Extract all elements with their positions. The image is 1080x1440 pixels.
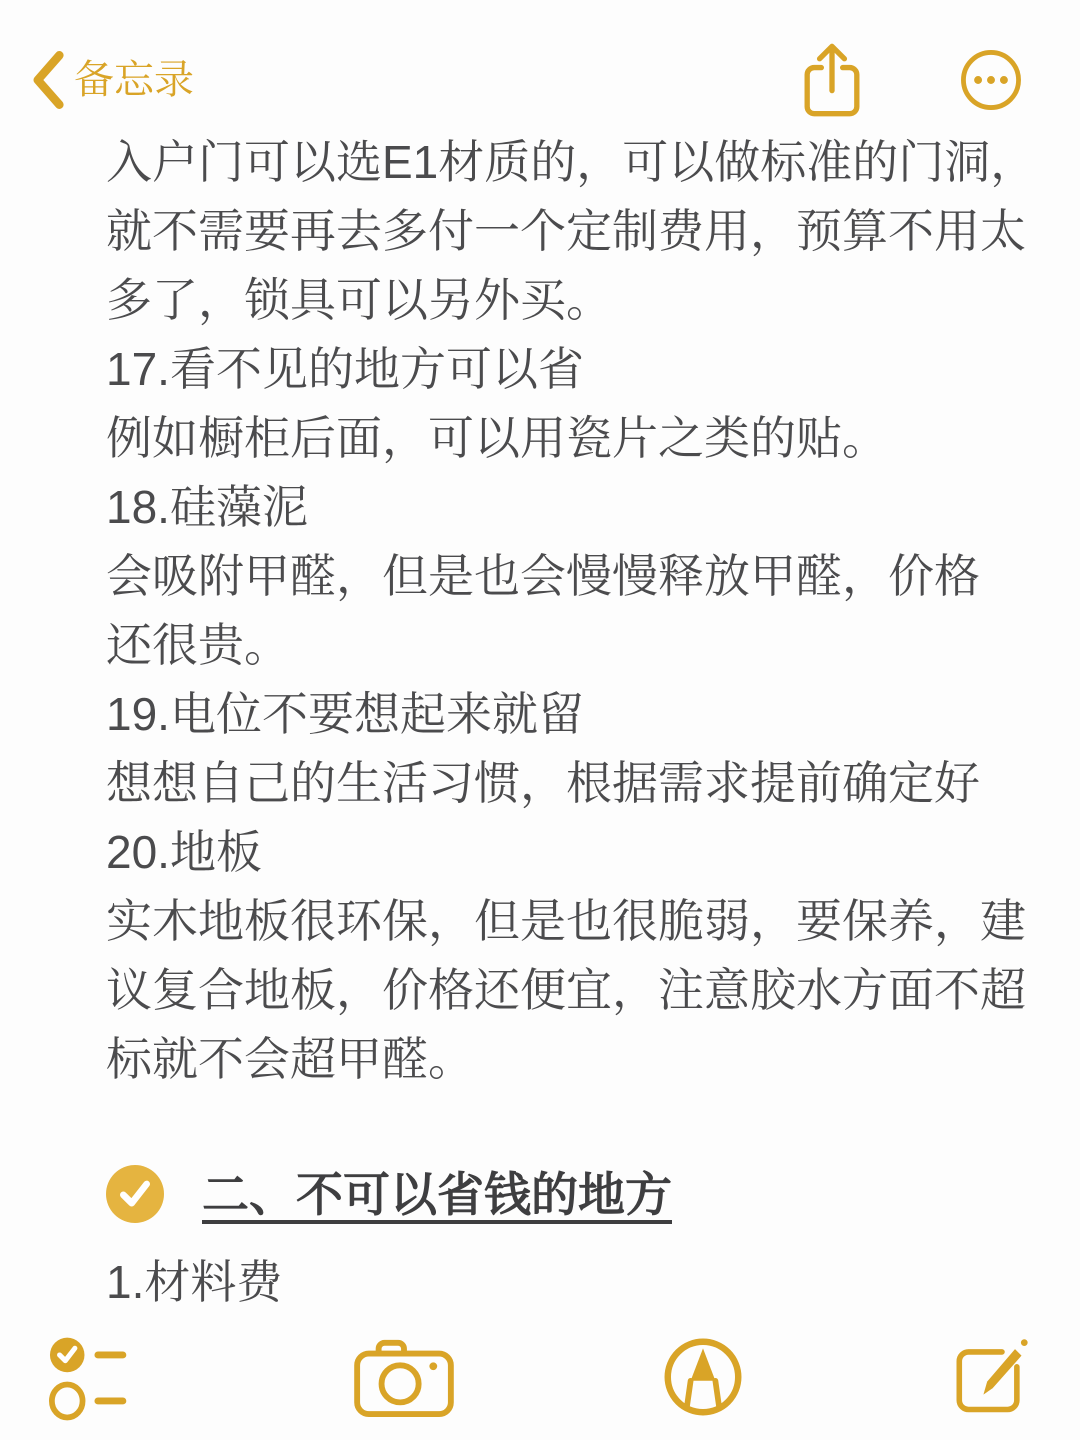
camera-icon bbox=[353, 1336, 455, 1418]
note-text-line: 还很贵。 bbox=[106, 611, 980, 680]
checkmark-circle-icon bbox=[106, 1165, 164, 1223]
note-text-line: 实木地板很环保，但是也很脆弱，要保养，建 bbox=[106, 887, 980, 956]
note-text-line: 19.电位不要想起来就留 bbox=[106, 680, 980, 749]
bottom-toolbar bbox=[0, 1328, 1080, 1440]
note-text-line: 议复合地板，价格还便宜，注意胶水方面不超 bbox=[106, 956, 980, 1025]
share-square-arrow-up-icon bbox=[800, 41, 864, 119]
nav-bar: 备忘录 bbox=[0, 0, 1080, 116]
note-text-line: 想想自己的生活习惯，根据需求提前确定好 bbox=[106, 749, 980, 818]
checklist-icon bbox=[46, 1330, 146, 1424]
note-text-line: 18.硅藻泥 bbox=[106, 473, 980, 542]
note-text-line: 例如橱柜后面，可以用瓷片之类的贴。 bbox=[106, 404, 980, 473]
camera-button[interactable] bbox=[353, 1336, 455, 1418]
note-text-line: 1.材料费 bbox=[106, 1248, 980, 1317]
share-button[interactable] bbox=[800, 41, 864, 119]
back-button-label: 备忘录 bbox=[74, 50, 194, 110]
section-heading: 二、不可以省钱的地方 bbox=[202, 1160, 672, 1229]
note-text-line: 就不需要再去多付一个定制费用，预算不用太 bbox=[106, 197, 980, 266]
ellipsis-circle-icon bbox=[960, 49, 1022, 111]
section-heading-row: 二、不可以省钱的地方 bbox=[106, 1156, 980, 1232]
note-editor[interactable]: 入户门可以选E1材质的，可以做标准的门洞， 就不需要再去多付一个定制费用，预算不… bbox=[0, 116, 1080, 1386]
note-text-line: 标就不会超甲醛。 bbox=[106, 1025, 980, 1094]
note-text-line: 入户门可以选E1材质的，可以做标准的门洞， bbox=[106, 128, 980, 197]
markup-button[interactable] bbox=[663, 1335, 743, 1419]
more-options-button[interactable] bbox=[960, 49, 1022, 111]
back-button[interactable]: 备忘录 bbox=[30, 50, 194, 110]
notes-app-screen: 备忘录 入户门可以选E1材质的，可以做标准的门洞， bbox=[0, 0, 1080, 1440]
checklist-button[interactable] bbox=[46, 1330, 146, 1424]
note-text-line: 17.看不见的地方可以省 bbox=[106, 335, 980, 404]
note-text-line: 多了，锁具可以另外买。 bbox=[106, 266, 980, 335]
nav-actions bbox=[800, 41, 1022, 119]
chevron-left-icon bbox=[30, 50, 64, 110]
note-text-line: 会吸附甲醛，但是也会慢慢释放甲醛，价格 bbox=[106, 542, 980, 611]
markup-pen-icon bbox=[663, 1335, 743, 1419]
compose-icon bbox=[950, 1337, 1028, 1417]
compose-button[interactable] bbox=[950, 1337, 1028, 1417]
note-text-line: 20.地板 bbox=[106, 818, 980, 887]
